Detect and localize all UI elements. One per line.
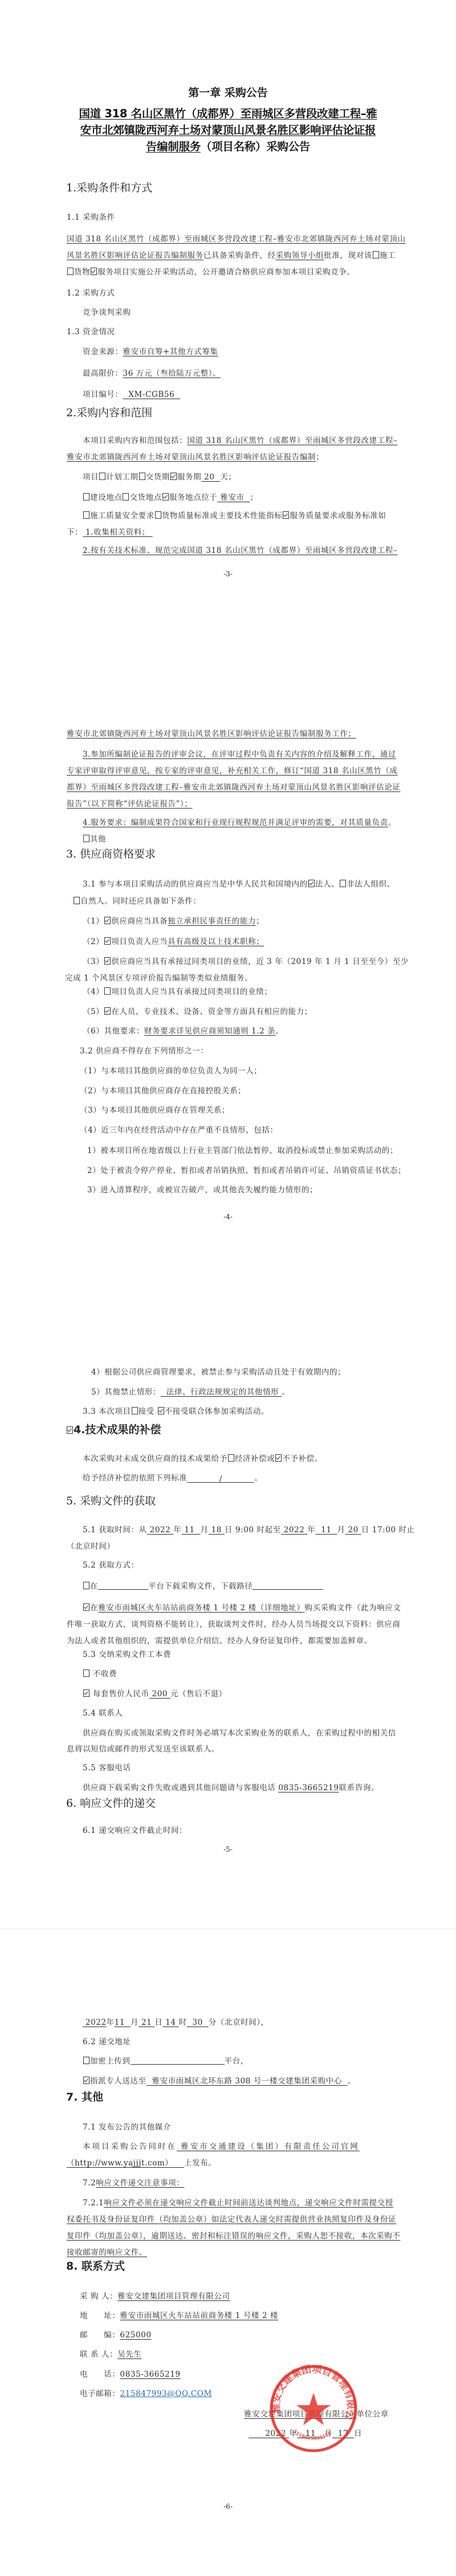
exclusion-2: （2）与本项目其他供应商存在直接控股关系； bbox=[80, 1084, 246, 1096]
service-hotline-note: 供应商下载采购文件失败或遇到其他问题请与客服电话 0835-3665219联系咨… bbox=[83, 1781, 379, 1792]
requirement-item-3-line-2: 专家评审取得评审意见，按专家的评审意见，补充相关工作，修订“国道 318 名山区… bbox=[67, 764, 398, 776]
page-3: 第一章 采购公告 国道 318 名山区黑竹（成都界）至雨城区多营段改建工程–雅 … bbox=[0, 0, 456, 649]
fund-source: 资金来源：雅安市自筹+其他方式筹集 bbox=[83, 345, 218, 356]
requirement-item-2-line-2: 雅安市北郊镇陇西河弃土场对蒙顶山风景名胜区影响评估论证报告编制服务工作； bbox=[67, 727, 356, 739]
checkbox-accept-consortium[interactable] bbox=[132, 1407, 138, 1414]
section-5-heading: 5. 采购文件的获取 bbox=[66, 1492, 156, 1508]
compensation-standard: 给予经济补偿的依照下列标准/。 bbox=[83, 1471, 262, 1483]
checkbox-encrypted-upload[interactable] bbox=[83, 2057, 89, 2064]
address-row: 地 址：雅安市雨城区火车站站前商务楼 1 号楼 2 楼 bbox=[80, 2309, 281, 2320]
section-7-1-heading: 7.1 发布公告的其他媒介 bbox=[83, 2120, 171, 2132]
section-1-1-heading: 1.1 采购条件 bbox=[67, 211, 115, 222]
page-number: -6- bbox=[0, 2503, 456, 2511]
exclusion-1: （1）与本项目其他供应商的单位负责人为同一人； bbox=[80, 1064, 262, 1076]
requirement-item-3-line-1: 3.参加所编制论证报告的评审会议，在评审过程中负责有关内容的介绍及解释工作，通过 bbox=[83, 748, 396, 759]
condition-6: （6）其他要求：财务要求详见供应商须知通则 1.2 条。 bbox=[83, 1024, 283, 1036]
checkbox-plan-period[interactable] bbox=[99, 473, 105, 480]
checkbox-goods[interactable] bbox=[67, 268, 74, 275]
beijing-time-note: （北京时间） bbox=[67, 1540, 115, 1551]
checkbox-legal-person[interactable] bbox=[308, 880, 315, 887]
checkbox-condition-2[interactable] bbox=[104, 937, 111, 945]
acquisition-time: 5.1 获取时间：从 2022 年 11 月 18 日 9:00 时起至 202… bbox=[83, 1523, 415, 1535]
page-number: -4- bbox=[0, 1213, 456, 1221]
encrypted-upload-option: 加密上传到平台， bbox=[83, 2054, 249, 2066]
checkbox-construction[interactable] bbox=[373, 251, 379, 259]
section-3-2-heading: 3.2 供应商不得存在下列情形之一： bbox=[80, 1044, 209, 1056]
exclusion-4: （4）近三年内在经营活动中存在严重不良情形，包括： bbox=[80, 1123, 278, 1135]
page-5: 4）根据公司供应商管理要求，被禁止参与采购活动且处于有效期内的； 5）其他禁止情… bbox=[0, 1310, 456, 1930]
fee-paid-option: 每套售价人民币 200 元（售后不退） bbox=[83, 1687, 227, 1699]
procurement-condition-line-1: 国道 318 名山区黑竹（成都界）至雨城区多营段改建工程–雅安市北郊镇陇西河弃土… bbox=[67, 232, 406, 244]
chapter-title: 第一章 采购公告 bbox=[0, 84, 456, 100]
checkbox-service-quality[interactable] bbox=[283, 511, 289, 519]
scan-page-edge bbox=[0, 1928, 456, 1930]
qualification-3-1-line-2: 自然人。同时还应具备如下条件： bbox=[73, 895, 201, 906]
condition-3-line-2: 完成 1 个风景区专项评价报告编制等类似业绩服务。 bbox=[65, 971, 253, 983]
contact-note-line-1: 供应商在购买或领取采购文件时务必填写本次采购业务的联系人，在采购过程中的相关信 bbox=[83, 1726, 396, 1738]
condition-3-line-1: （3）供应商应当具有承接过同类项目的业绩，近 3 年（2019 年 1 月 1 … bbox=[83, 955, 409, 966]
notice-7-2-1-line-2: 权委托书及身份证复印件（均加盖公章）如法定代表人递交时需提供营业执照复印件及身份… bbox=[67, 2213, 396, 2224]
checkbox-section-4[interactable] bbox=[67, 1426, 73, 1434]
offline-purchase-line-1: 在雅安市雨城区火车站站前商务楼 1 号楼 2 楼（详细地址）购买采购文件（此为响… bbox=[83, 1601, 401, 1613]
section-1-3-heading: 1.3 资金情况 bbox=[67, 325, 115, 337]
checkbox-delivery-site[interactable] bbox=[123, 493, 129, 501]
checkbox-condition-3[interactable] bbox=[104, 957, 111, 965]
scope-line-2: 雅安市北郊镇陇西河弃土场对蒙顶山风景名胜区影响评估论证报告编制； bbox=[67, 450, 324, 462]
compensation-line-1: 本次采购对未成交供应商的技术成果给予经济补偿或不予补偿。 bbox=[83, 1452, 323, 1463]
page-6: 2022年11 月 21 日 14 时 30 分（北京时间）， 6.2 递交地址… bbox=[0, 1930, 456, 2576]
exclusion-3: （3）与本项目其他供应商存在管理关系； bbox=[80, 1104, 230, 1115]
section-5-3-heading: 5.3 交纳采购文件工本费 bbox=[83, 1648, 171, 1659]
procurement-condition-line-2: 风景名胜区影响评估论证报告编制服务已具备采购条件，经采购领导小组批准，现对该施工 bbox=[67, 249, 396, 260]
requirement-item-3-line-3: 都界）至雨城区多营段改建工程–雅安市北郊镇陇西河弃土场对蒙顶山风景名胜区影响评估… bbox=[67, 781, 400, 792]
condition-1: （1）供应商应当具备独立承担民事责任的能力； bbox=[83, 914, 264, 926]
checkbox-non-legal-org[interactable] bbox=[340, 880, 346, 887]
scope-line-1: 本项目采购内容和范围包括：国道 318 名山区黑竹（成都界）至雨城区多营段改建工… bbox=[83, 434, 397, 445]
fee-free-option: 不收费 bbox=[83, 1667, 117, 1679]
other-media-line-2: （http://www.yajjjt.com） 上发布。 bbox=[67, 2156, 216, 2168]
offline-purchase-line-2: 件唯一获取方式，谈判资格不能转让），获取谈判文件时，经办人员当场提交以下资料：供… bbox=[67, 1618, 400, 1629]
checkbox-economic-compensation[interactable] bbox=[228, 1454, 234, 1462]
qualification-3-1-line-1: 3.1 参与本项目采购活动的供应商应当是中华人民共和国境内的法人、非法人组织、 bbox=[83, 877, 395, 889]
checkbox-service[interactable] bbox=[91, 268, 97, 275]
condition-4: （4）项目负责人应当具有承接过同类项目的业绩； bbox=[83, 985, 272, 996]
exclusion-4-4: 4）根据公司供应商管理要求，被禁止参与采购活动且处于有效期内的； bbox=[91, 1365, 345, 1377]
checkbox-paid[interactable] bbox=[83, 1689, 89, 1697]
other-media-line-1: 本项目采购公告同时在 雅安市交通建设（集团）有限责任公司官网 bbox=[83, 2140, 360, 2151]
announcement-title-line-1: 国道 318 名山区黑竹（成都界）至雨城区多营段改建工程–雅 bbox=[0, 105, 456, 121]
section-2-heading: 2.采购内容和范围 bbox=[66, 404, 152, 420]
condition-5: （5）在人员、专业技术、设备、资金等方面具有相应的能力； bbox=[83, 1005, 312, 1016]
company-seal-icon: 雅安交建集团项目管理有限公司 5118025034110 bbox=[268, 2363, 359, 2454]
requirement-item-4: 4.服务要求：编制成果符合国家和行业现行规程规范并满足评审的需要，对其质量负责。 bbox=[83, 816, 396, 827]
svg-text:5118025034110: 5118025034110 bbox=[292, 2429, 332, 2441]
section-6-2-heading: 6.2 递交地址 bbox=[83, 2035, 131, 2046]
checkbox-free[interactable] bbox=[83, 1670, 89, 1677]
max-price: 最高限价：36 万元（叁拾陆万元整）。 bbox=[83, 367, 221, 378]
section-1-2-heading: 1.2 采购方式 bbox=[67, 286, 115, 298]
section-6-1-heading: 6.1 递交响应文件截止时间： bbox=[83, 1824, 187, 1835]
section-7-heading: 7. 其他 bbox=[66, 2089, 103, 2104]
checkbox-condition-1[interactable] bbox=[104, 917, 111, 924]
procurement-condition-line-3: 货物服务项目实施公开采购活动，公开邀请合格供应商参加本项目采购竞争。 bbox=[67, 265, 355, 277]
section-6-heading: 6. 响应文件的递交 bbox=[66, 1795, 156, 1810]
project-number: 项目编号： XM-CGB56 bbox=[83, 388, 180, 399]
checkbox-offline-purchase[interactable] bbox=[83, 1603, 89, 1611]
online-download-option: 在平台下载采购文件，下载路径 bbox=[83, 1580, 323, 1591]
checkbox-condition-4[interactable] bbox=[104, 987, 111, 995]
checkbox-personal-delivery[interactable] bbox=[83, 2077, 89, 2084]
quality-requirements: 施工质量安全要求货物质量标准或主要技术性能指标服务质量要求或服务标准如 bbox=[83, 509, 386, 520]
checkbox-service-site[interactable] bbox=[162, 493, 169, 501]
checkbox-no-compensation[interactable] bbox=[275, 1454, 282, 1462]
section-5-2-heading: 5.2 获取方式： bbox=[83, 1558, 139, 1570]
exclusion-4-5: 5）其他禁止情形： 法律、行政法规规定的其他情形 。 bbox=[91, 1385, 290, 1397]
personal-delivery-option: 指派专人送达至 雅安市雨城区北环东路 308 号一楼交建集团采购中心 。 bbox=[83, 2074, 356, 2086]
section-8-heading: 8. 联系方式 bbox=[66, 2258, 125, 2273]
section-3-heading: 3. 供应商资格要求 bbox=[66, 846, 156, 861]
contact-row: 联 系 人：吴先生 bbox=[80, 2348, 188, 2359]
announcement-title-line-3: 告编制服务（项目名称）采购公告 bbox=[0, 138, 456, 154]
checkbox-delivery-period[interactable] bbox=[139, 473, 145, 480]
procurement-method: 竞争谈判采购 bbox=[83, 306, 131, 317]
checkbox-construction-site[interactable] bbox=[83, 493, 89, 501]
exclusion-4-1: 1）被本项目所在地省级以上行业主管部门依法暂停、取消投标或禁止参加采购活动的； bbox=[87, 1144, 398, 1155]
email-link[interactable]: 215847993@QQ.COM bbox=[120, 2389, 212, 2398]
checkbox-online-download[interactable] bbox=[83, 1582, 89, 1589]
deadline-time: 2022年11 月 21 日 14 时 30 分（北京时间）， bbox=[83, 2016, 269, 2027]
exclusion-4-3: 3）进入清算程序，或被宣告破产，或其他丧失履约能力情形的； bbox=[87, 1183, 317, 1195]
offline-purchase-line-3: 为法人或者其他组织的，需提供单位介绍信、经办人身份证复印件，都需要加盖鲜章。 bbox=[67, 1634, 372, 1646]
section-7-2-heading: 7.2响应文件递交注意事项： bbox=[83, 2176, 184, 2188]
section-5-5-heading: 5.5 客服电话 bbox=[83, 1761, 131, 1773]
checkbox-other[interactable] bbox=[83, 835, 89, 842]
consortium-clause: 3.3 本次项目接受 不接受联合体参加采购活动。 bbox=[83, 1405, 269, 1416]
exclusion-4-2: 2）处于被责令停产停业、暂扣或者吊销执照、暂扣或者吊销许可证、吊销资质证书状态； bbox=[87, 1164, 406, 1175]
requirement-item-1: 下： 1.收集相关资料； bbox=[67, 526, 153, 537]
postcode-row: 邮 编：625000 bbox=[80, 2328, 191, 2340]
phone-row: 电 话：0835-3665219 bbox=[80, 2368, 194, 2379]
checkbox-condition-5[interactable] bbox=[104, 1007, 111, 1015]
notice-7-2-1-line-4: 接收邮寄的响应文件。 bbox=[67, 2246, 147, 2257]
checkbox-natural-person[interactable] bbox=[74, 897, 80, 904]
page-number: -3- bbox=[0, 570, 456, 578]
other-option: 其他 bbox=[83, 832, 106, 844]
requirement-item-3-line-4: 报告”（以下简称“评估论证报告”）； bbox=[67, 797, 193, 809]
section-4-heading: 4.技术成果的补偿 bbox=[66, 1421, 161, 1437]
service-place: 建设地点交货地点服务地点位于 雅安市 ； bbox=[83, 491, 258, 502]
announcement-title-line-2: 安市北郊镇陇西河弃土场对蒙顶山风景名胜区影响评估论证报 bbox=[0, 121, 456, 137]
buyer-row: 采 购 人：雅安交建集团项目管理有限公司 bbox=[80, 2290, 278, 2301]
requirement-item-2-line-1: 2.按有关技术标准、规范完成国道 318 名山区黑竹（成都界）至雨城区多营段改建… bbox=[83, 544, 397, 555]
notice-7-2-1-line-1: 7.2.1响应文件必须在递交响应文件截止时间前送达谈判地点，递交响应文件时需提交… bbox=[83, 2196, 393, 2208]
email-row: 电子邮箱：215847993@QQ.COM bbox=[80, 2387, 212, 2398]
section-1-heading: 1.采购条件和方式 bbox=[66, 179, 152, 195]
condition-2: （2）项目负责人应当具有高级及以上技术职称； bbox=[83, 935, 264, 946]
checkbox-service-period[interactable] bbox=[170, 473, 177, 480]
checkbox-goods-quality[interactable] bbox=[155, 511, 161, 519]
notice-7-2-1-line-3: 复印件（均加盖公章），逾期送达、密封和标注错误的响应文件，采购人恕不接收，本次采… bbox=[67, 2229, 400, 2241]
section-5-4-heading: 5.4 联系人 bbox=[83, 1707, 123, 1718]
checkbox-construction-quality[interactable] bbox=[83, 511, 89, 519]
checkbox-reject-consortium[interactable] bbox=[158, 1407, 164, 1414]
page-number: -5- bbox=[0, 1845, 456, 1853]
contact-note-line-2: 息将以短信或邮件的形式发送至该联系人。 bbox=[67, 1742, 219, 1754]
service-period: 项目计划工期交货期服务期 20 天； bbox=[83, 470, 237, 482]
page-4: 雅安市北郊镇陇西河弃土场对蒙顶山风景名胜区影响评估论证报告编制服务工作； 3.参… bbox=[0, 649, 456, 1310]
